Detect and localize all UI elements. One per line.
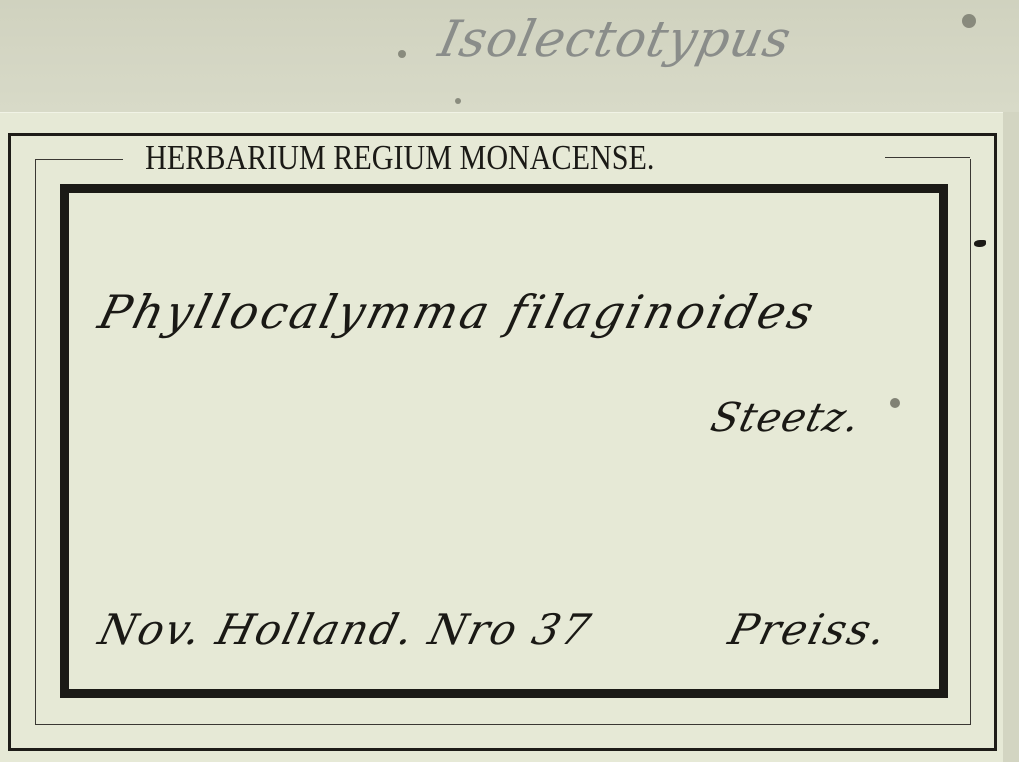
sheet-spot <box>398 50 406 58</box>
label-thin-rule-left <box>35 159 123 160</box>
label-thin-rule-right <box>885 157 970 158</box>
sheet-spot <box>962 14 976 28</box>
ink-blot <box>974 240 986 247</box>
institution-header: HERBARIUM REGIUM MONACENSE. <box>140 138 770 178</box>
label-spot <box>890 398 900 408</box>
taxon-author: Steetz. <box>706 395 865 441</box>
pencil-annotation: Isolectotypus <box>434 10 797 68</box>
taxon-name: Phyllocalymma filaginoides <box>93 285 822 339</box>
sheet-spot <box>455 98 461 104</box>
locality-and-number: Nov. Holland. Nro 37 <box>94 605 597 654</box>
collector-name: Preiss. <box>724 605 893 654</box>
